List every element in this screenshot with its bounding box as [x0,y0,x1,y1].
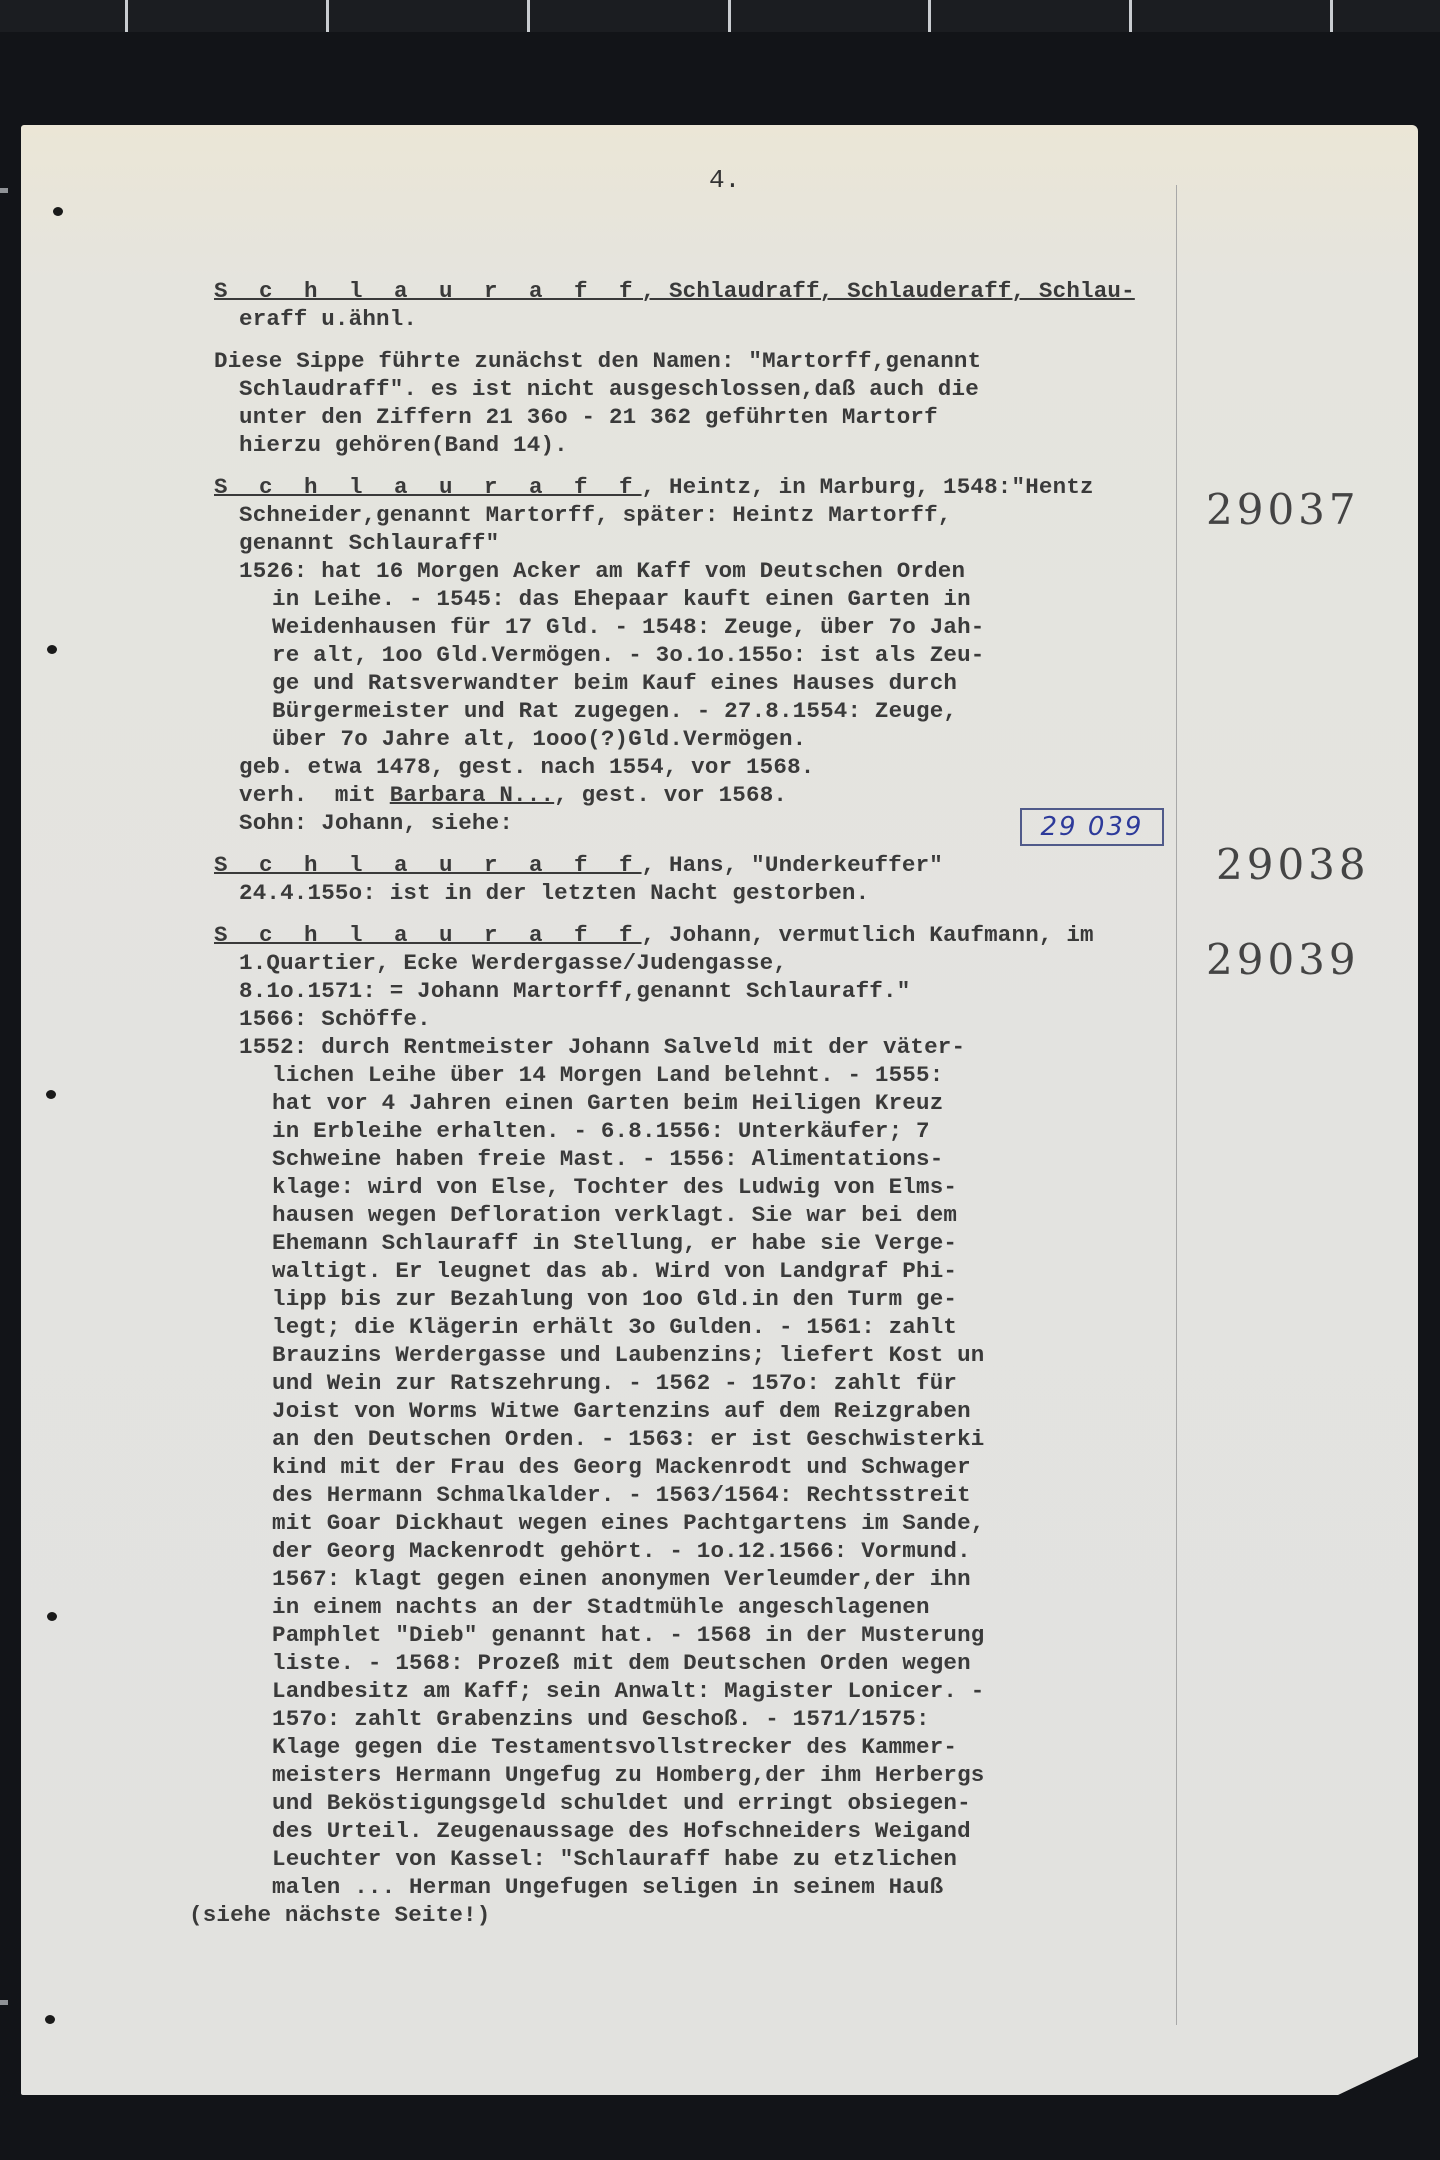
ruler-tick [1330,0,1333,32]
archive-number-stamp: 29037 [1206,485,1360,534]
ruler-tick [125,0,128,32]
entry-title: , Heintz, in Marburg, 1548:"Hentz [642,474,1094,500]
birth-death-line: geb. etwa 1478, gest. nach 1554, vor 156… [214,753,1214,781]
punch-hole [53,207,63,216]
entry-line: ge und Ratsverwandter beim Kauf eines Ha… [214,669,1214,697]
marriage-prefix: verh. mit [239,782,390,808]
surname-spaced: S c h l a u r a f f [214,474,642,500]
entry-line: Joist von Worms Witwe Gartenzins auf dem… [214,1397,1214,1425]
entry-line: Leuchter von Kassel: "Schlauraff habe zu… [214,1845,1214,1873]
entry-line: kind mit der Frau des Georg Mackenrodt u… [214,1453,1214,1481]
intro-line: hierzu gehören(Band 14). [214,431,1214,459]
continued-note: (siehe nächste Seite!) [189,1901,1214,1929]
entry-line: liste. - 1568: Prozeß mit dem Deutschen … [214,1649,1214,1677]
entry-line: lichen Leihe über 14 Morgen Land belehnt… [214,1061,1214,1089]
ruler-tick [1129,0,1132,32]
entry-line: Bürgermeister und Rat zugegen. - 27.8.15… [214,697,1214,725]
marriage-line: verh. mit Barbara N..., gest. vor 1568. [214,781,1214,809]
entry-line: hat vor 4 Jahren einen Garten beim Heili… [214,1089,1214,1117]
punch-hole [46,1090,56,1099]
entry-line: 24.4.155o: ist in der letzten Nacht gest… [214,879,1214,907]
entry-line: malen ... Herman Ungefugen seligen in se… [214,1873,1214,1901]
document-text: S c h l a u r a f f, Schlaudraff, Schlau… [214,277,1214,1929]
punch-hole [45,2015,55,2024]
entry-heading: S c h l a u r a f f, Johann, vermutlich … [214,921,1214,949]
archive-number-stamp: 29039 [1206,935,1360,984]
ruler-tick [928,0,931,32]
entry-title: , Hans, "Underkeuffer" [642,852,943,878]
entry-line: waltigt. Er leugnet das ab. Wird von Lan… [214,1257,1214,1285]
ruler-tick [326,0,329,32]
entry-line: des Hermann Schmalkalder. - 1563/1564: R… [214,1481,1214,1509]
edge-mark [0,188,8,193]
entry-line: Schneider,genannt Martorff, später: Hein… [214,501,1214,529]
entry-line: an den Deutschen Orden. - 1563: er ist G… [214,1425,1214,1453]
surname-spaced: S c h l a u r a f f [214,922,642,948]
intro-line: Diese Sippe führte zunächst den Namen: "… [214,347,1214,375]
intro-line: unter den Ziffern 21 36o - 21 362 geführ… [214,403,1214,431]
entry-line: des Urteil. Zeugenaussage des Hofschneid… [214,1817,1214,1845]
entry-line: 1.Quartier, Ecke Werdergasse/Judengasse, [214,949,1214,977]
entry-line: mit Goar Dickhaut wegen eines Pachtgarte… [214,1509,1214,1537]
entry-line: re alt, 1oo Gld.Vermögen. - 3o.1o.155o: … [214,641,1214,669]
spouse-name: Barbara N... [390,782,554,808]
entry-line: klage: wird von Else, Tochter des Ludwig… [214,1173,1214,1201]
entry-line: genannt Schlauraff" [214,529,1214,557]
entry-line: meisters Hermann Ungefug zu Homberg,der … [214,1761,1214,1789]
surname-spaced: S c h l a u r a f f [214,278,642,304]
entry-line: 1566: Schöffe. [214,1005,1214,1033]
entry-line: 1567: klagt gegen einen anonymen Verleum… [214,1565,1214,1593]
scanner-bed-top [0,0,1440,32]
entry-line: in Leihe. - 1545: das Ehepaar kauft eine… [214,585,1214,613]
surname-variants: , Schlaudraff, Schlauderaff, Schlau- [642,278,1135,304]
intro-line: Schlaudraff". es ist nicht ausgeschlosse… [214,375,1214,403]
document-page: 4. 29037 29038 29039 29 039 S c h l a u … [21,125,1418,2095]
entry-line: 1526: hat 16 Morgen Acker am Kaff vom De… [214,557,1214,585]
entry-line: hausen wegen Defloration verklagt. Sie w… [214,1201,1214,1229]
entry-line: 157o: zahlt Grabenzins und Geschoß. - 15… [214,1705,1214,1733]
entry-line: 1552: durch Rentmeister Johann Salveld m… [214,1033,1214,1061]
son-line: Sohn: Johann, siehe: [214,809,1214,837]
surname-spaced: S c h l a u r a f f [214,852,642,878]
entry-line: über 7o Jahre alt, 1ooo(?)Gld.Vermögen. [214,725,1214,753]
entry-line: der Georg Mackenrodt gehört. - 1o.12.156… [214,1537,1214,1565]
page-number: 4. [709,165,740,195]
entry-line: 8.1o.1571: = Johann Martorff,genannt Sch… [214,977,1214,1005]
entry-heading: S c h l a u r a f f, Heintz, in Marburg,… [214,473,1214,501]
entry-line: lipp bis zur Bezahlung von 1oo Gld.in de… [214,1285,1214,1313]
entry-line: und Wein zur Ratszehrung. - 1562 - 157o:… [214,1369,1214,1397]
entry-line: Landbesitz am Kaff; sein Anwalt: Magiste… [214,1677,1214,1705]
entry-line: in Erbleihe erhalten. - 6.8.1556: Unterk… [214,1117,1214,1145]
ruler-tick [728,0,731,32]
entry-line: in einem nachts an der Stadtmühle angesc… [214,1593,1214,1621]
family-heading: S c h l a u r a f f, Schlaudraff, Schlau… [214,277,1214,305]
entry-line: legt; die Klägerin erhält 3o Gulden. - 1… [214,1313,1214,1341]
family-heading-cont: eraff u.ähnl. [214,305,1214,333]
punch-hole [47,1612,57,1621]
punch-hole [47,645,57,654]
entry-line: Klage gegen die Testamentsvollstrecker d… [214,1733,1214,1761]
entry-line: Brauzins Werdergasse und Laubenzins; lie… [214,1341,1214,1369]
folded-corner [1338,2057,1418,2095]
entry-line: Pamphlet "Dieb" genannt hat. - 1568 in d… [214,1621,1214,1649]
entry-line: Schweine haben freie Mast. - 1556: Alime… [214,1145,1214,1173]
ruler-tick [527,0,530,32]
entry-heading: S c h l a u r a f f, Hans, "Underkeuffer… [214,851,1214,879]
entry-title: , Johann, vermutlich Kaufmann, im [642,922,1094,948]
marriage-suffix: , gest. vor 1568. [554,782,787,808]
entry-line: Weidenhausen für 17 Gld. - 1548: Zeuge, … [214,613,1214,641]
edge-mark [0,2000,8,2005]
entry-line: und Beköstigungsgeld schuldet und erring… [214,1789,1214,1817]
entry-line: Ehemann Schlauraff in Stellung, er habe … [214,1229,1214,1257]
archive-number-stamp: 29038 [1216,840,1370,889]
